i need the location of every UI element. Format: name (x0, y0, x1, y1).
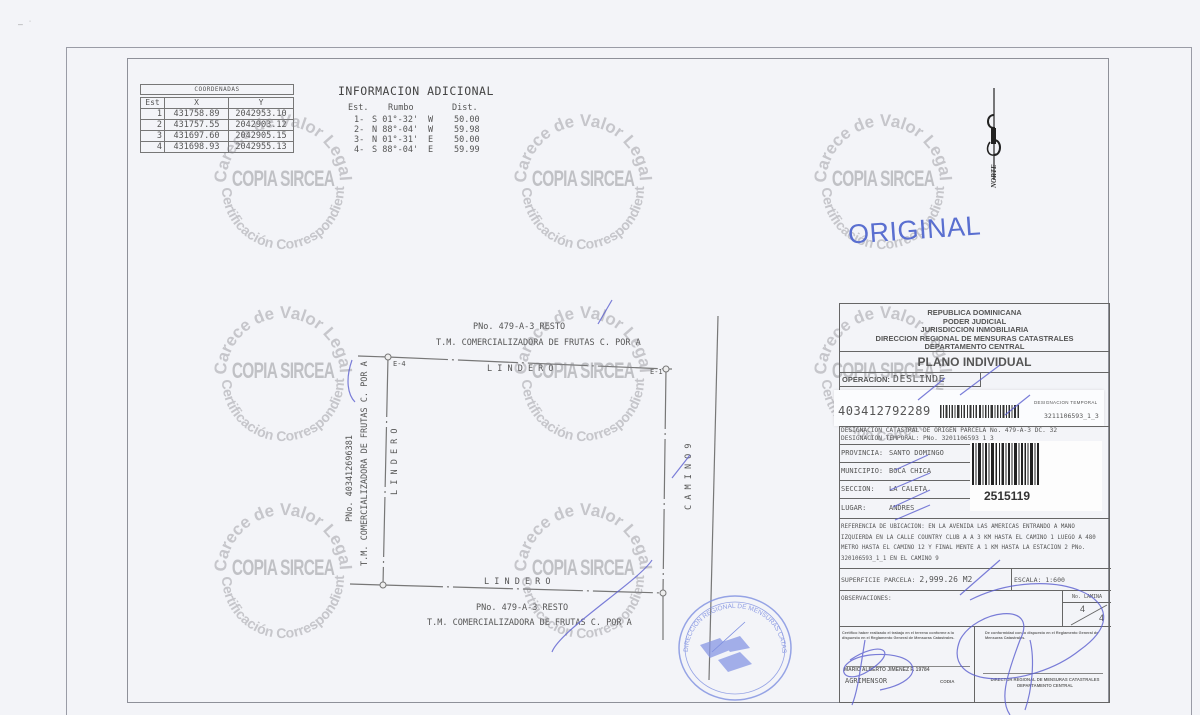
provincia-label: PROVINCIA: (841, 445, 889, 462)
municipio-value: BOCA CHICA (889, 467, 931, 475)
lugar-row: LUGAR:ANDRES (840, 498, 970, 518)
scanned-plan-sheet: ‒ ˙ COORDENADAS Est X Y 1 431758.89 2042… (0, 0, 1200, 715)
header-line: DEPARTAMENTO CENTRAL (840, 343, 1109, 352)
director-role: DIRECTOR REGIONAL DE MENSURAS CATASTRALE… (983, 677, 1107, 689)
station-e4: E-4 (393, 360, 406, 368)
east-road-label: C A M I N O 9 (684, 443, 694, 510)
title-block: REPUBLICA DOMINICANA PODER JUDICIAL JURI… (839, 303, 1110, 703)
escala-field: ESCALA: 1:600 (1012, 568, 1111, 590)
barcode-number: 2515119 (970, 489, 1044, 503)
south-parcel-label: PNo. 479-A-3 RESTO (476, 603, 568, 613)
north-parcel-label: PNo. 479-A-3 RESTO (473, 322, 565, 332)
north-owner-label: T.M. COMERCIALIZADORA DE FRUTAS C. POR A (436, 338, 641, 348)
parcel-number: 403412792289 (838, 404, 931, 418)
surveyor-role: AGRIMENSOR (845, 677, 887, 685)
escala-label: ESCALA: (1014, 576, 1041, 584)
municipio-label: MUNICIPIO: (841, 463, 889, 480)
north-lindero-label: L I N D E R O (487, 364, 554, 374)
operation-label: OPERACION: (842, 375, 890, 384)
designacion-catastral: DESIGNACION CATASTRAL DE ORIGEN PARCELA … (841, 427, 1109, 435)
superficie-value: 2,999.26 M2 (919, 575, 972, 584)
lamina-label: No. LAMINA (1063, 591, 1111, 603)
title-block-header: REPUBLICA DOMINICANA PODER JUDICIAL JURI… (840, 304, 1109, 352)
surveyor-certification: Certifico haber realizado el trabajo en … (842, 631, 970, 641)
provincia-row: PROVINCIA:SANTO DOMINGO (840, 444, 970, 462)
station-e1: E-1 (650, 368, 663, 376)
signature-line (983, 673, 1103, 674)
west-owner-label: T.M. COMERCIALIZADORA DE FRUTAS C. POR A (360, 361, 370, 566)
seccion-label: SECCION: (841, 481, 889, 498)
surveyor-name: MARIO ALBERTO JIMENEZ F. 19784 (844, 667, 930, 673)
seccion-value: LA CALETA (889, 485, 927, 493)
plan-type: PLANO INDIVIDUAL (840, 352, 1109, 373)
referencia-ubicacion: REFERENCIA DE UBICACION: EN LA AVENIDA L… (840, 518, 1109, 568)
lamina-divider (1063, 603, 1112, 627)
designacion-temporal-label: DESIGNACION TEMPORAL (1034, 400, 1097, 405)
south-lindero-label: L I N D E R O (484, 577, 551, 587)
lugar-label: LUGAR: (841, 499, 889, 518)
municipio-row: MUNICIPIO:BOCA CHICA (840, 462, 970, 480)
director-certification: De conformidad con lo dispuesto en el Re… (985, 631, 1103, 641)
barcode-icon (972, 443, 1040, 485)
director-signature-box: De conformidad con lo dispuesto en el Re… (975, 626, 1111, 702)
superficie-field: SUPERFICIE PARCELA:2,999.26 M2 (840, 568, 1012, 590)
designacion-temporal-value: 3211106593_1_3 (1044, 412, 1099, 420)
escala-value: 1:600 (1045, 576, 1065, 584)
operation-value: DESLINDE (893, 374, 945, 385)
south-owner-label: T.M. COMERCIALIZADORA DE FRUTAS C. POR A (427, 618, 632, 628)
barcode-sticker: 2515119 (970, 441, 1102, 511)
surveyor-signature-box: Certifico haber realizado el trabajo en … (840, 626, 975, 702)
codia-label: CODIA (940, 679, 955, 684)
seccion-row: SECCION:LA CALETA (840, 480, 970, 498)
west-lindero-label: L I N D E R O (390, 428, 400, 495)
west-parcel-label: PNo. 403412696381 (345, 435, 355, 522)
barcode-icon (940, 405, 1020, 418)
provincia-value: SANTO DOMINGO (889, 449, 944, 457)
lamina-field: No. LAMINA 4 4 (1062, 590, 1111, 626)
superficie-label: SUPERFICIE PARCELA: (841, 576, 915, 584)
barcode-label: 403412792289 DESIGNACION TEMPORAL 321110… (834, 390, 1104, 426)
operation-field: OPERACION:DESLINDE (840, 373, 981, 387)
north-label: NORTE (990, 164, 998, 188)
lugar-value: ANDRES (889, 504, 914, 512)
